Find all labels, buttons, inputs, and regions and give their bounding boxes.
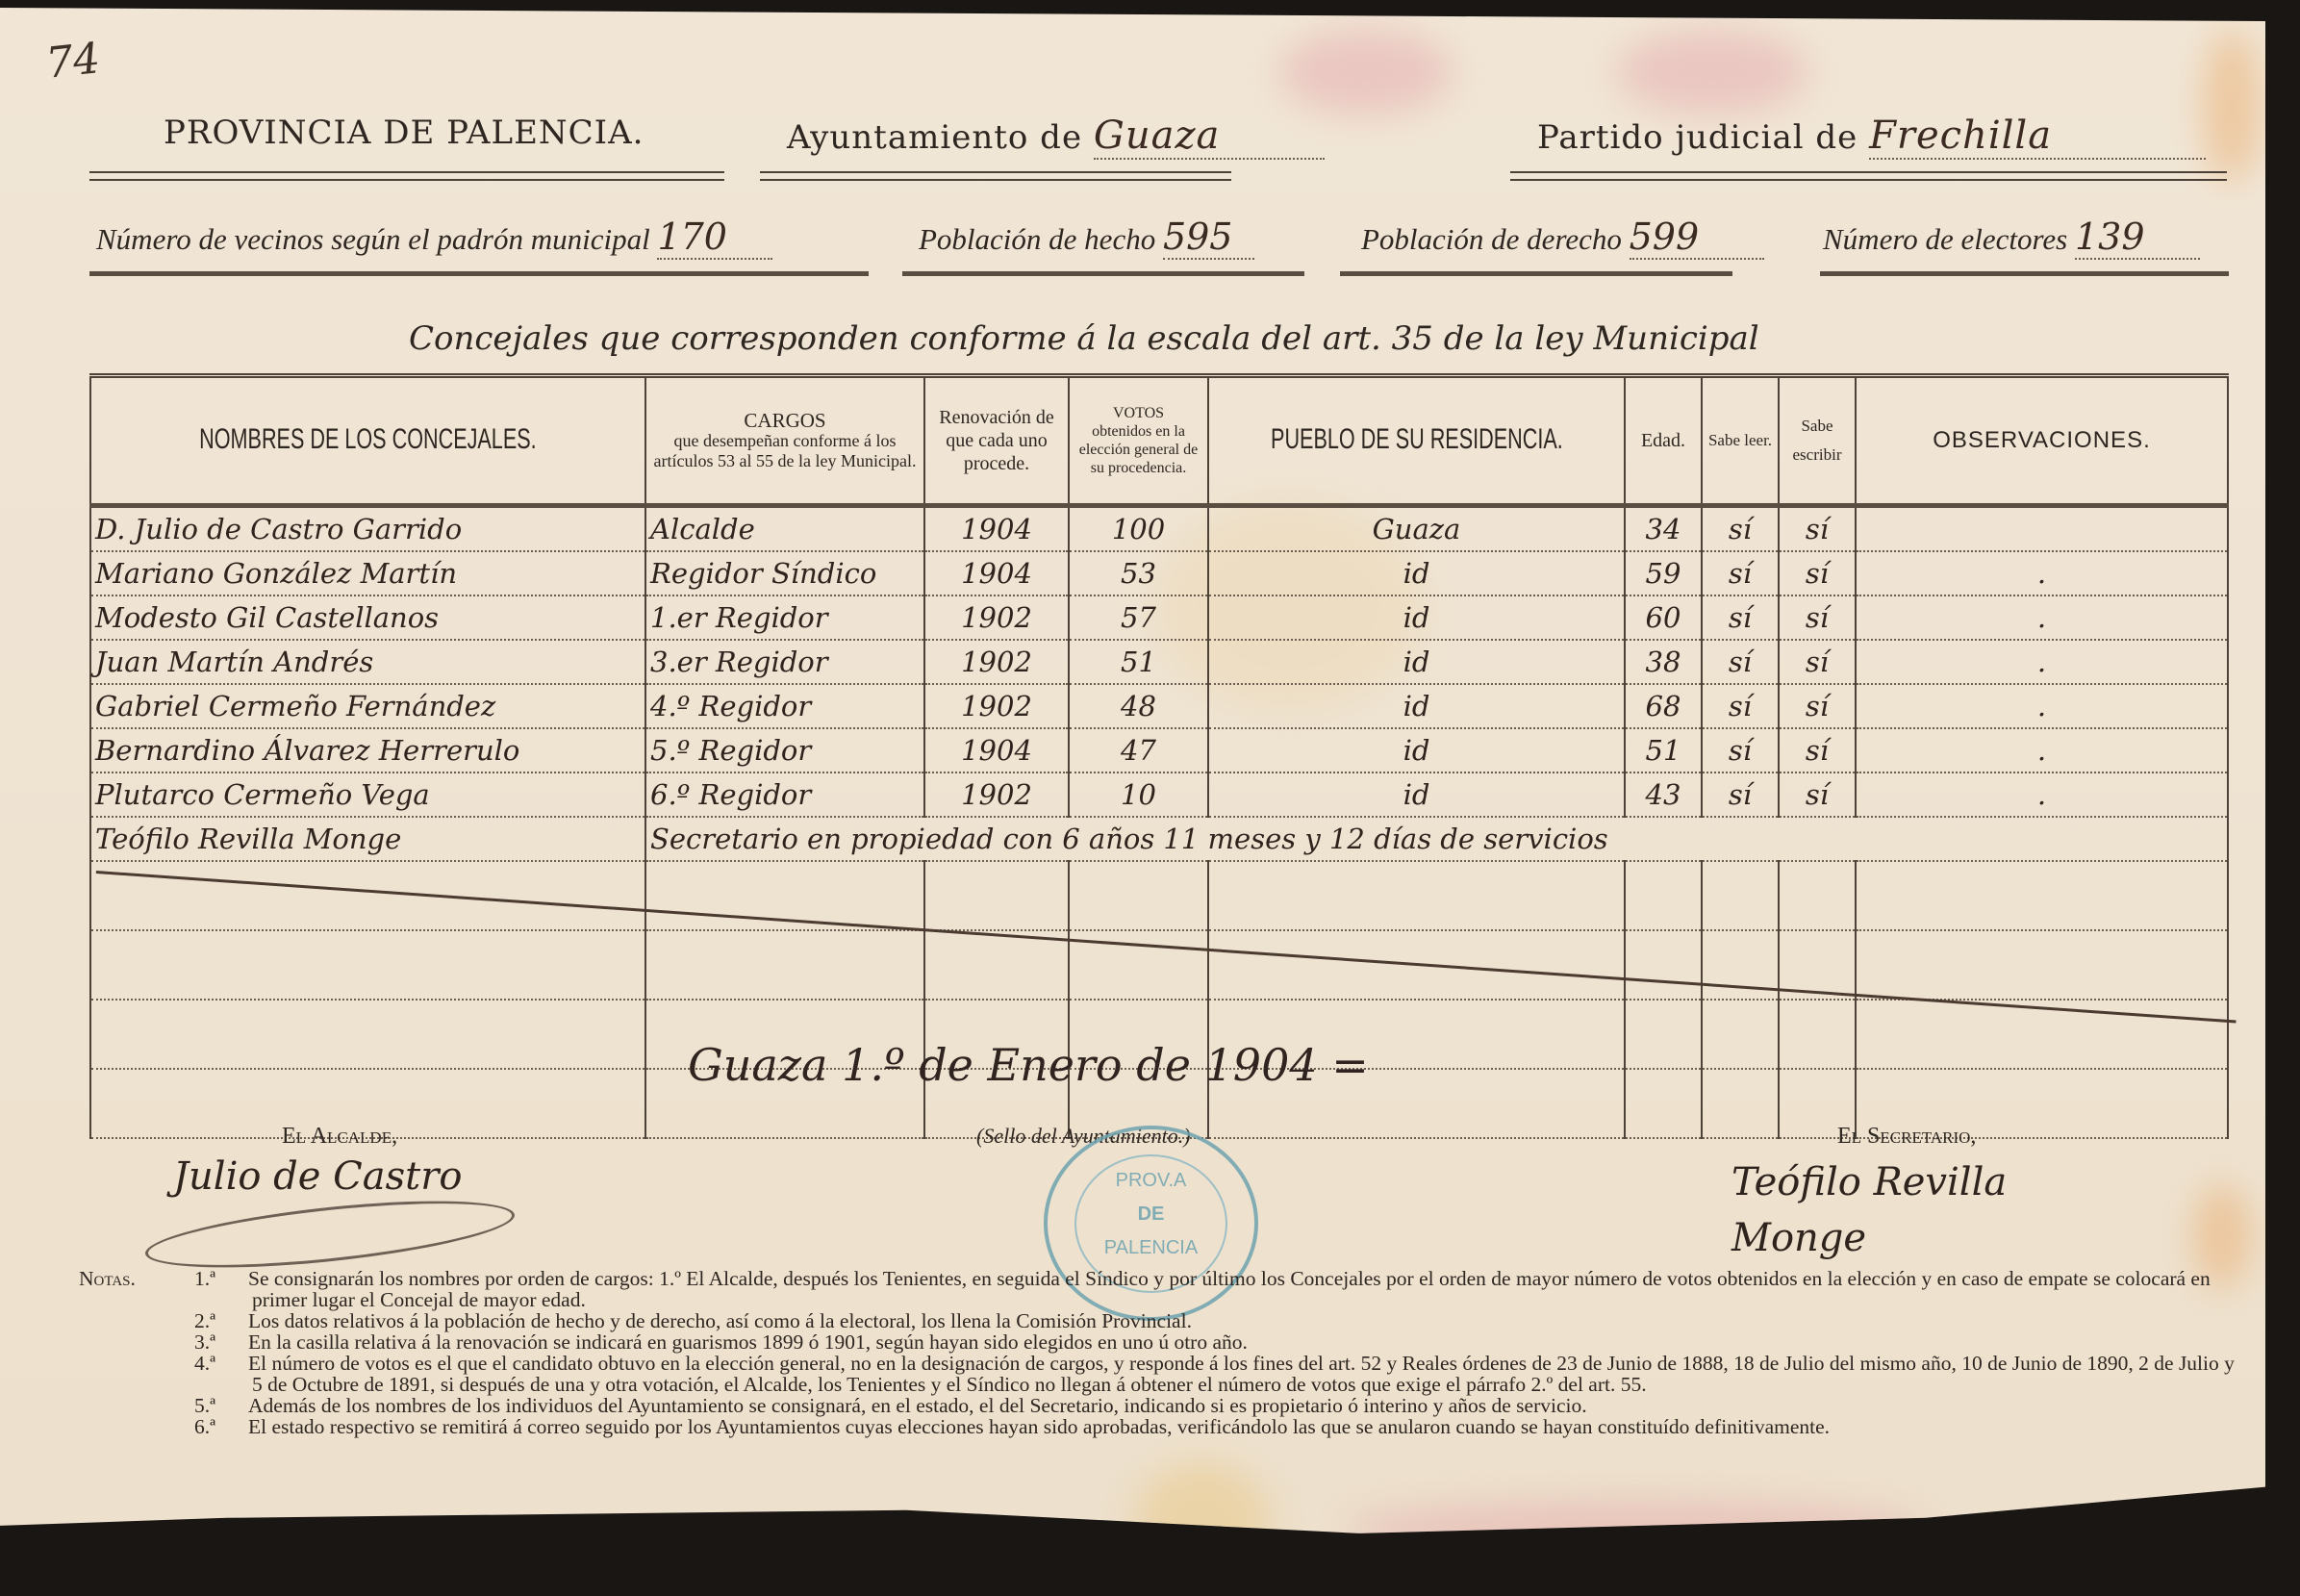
- cell-cargo: Alcalde: [645, 506, 924, 552]
- table-row: Juan Martín Andrés3.er Regidor190251id38…: [90, 640, 2228, 684]
- cell-escribir: sí: [1779, 728, 1856, 773]
- poblacion-derecho-value: 599: [1630, 215, 1764, 260]
- poblacion-hecho-value: 595: [1163, 215, 1254, 260]
- folio-number: 74: [43, 34, 102, 89]
- secretary-name: Teófilo Revilla Monge: [90, 817, 645, 861]
- cell-renovacion: 1902: [924, 773, 1069, 817]
- cell-edad: 51: [1625, 728, 1702, 773]
- note-item: 4.ªEl número de votos es el que el candi…: [79, 1353, 2243, 1395]
- subtitle: Concejales que corresponden conforme á l…: [409, 319, 1759, 358]
- cell-nombre: Mariano González Martín: [90, 551, 645, 595]
- cell-leer: sí: [1702, 595, 1779, 640]
- cell-cargo: 3.er Regidor: [645, 640, 924, 684]
- poblacion-derecho-field: Población de derecho 599: [1361, 215, 1764, 260]
- cell-obs: .: [1856, 640, 2228, 684]
- table-row: Modesto Gil Castellanos1.er Regidor19025…: [90, 595, 2228, 640]
- cell-cargo: 1.er Regidor: [645, 595, 924, 640]
- cell-edad: 34: [1625, 506, 1702, 552]
- note-text: Además de los nombres de los individuos …: [248, 1394, 1587, 1417]
- document-page: 74 PROVINCIA DE PALENCIA. Ayuntamiento d…: [0, 0, 2265, 1549]
- ayuntamiento-value: Guaza: [1094, 114, 1325, 160]
- col-escribir: Sabe escribir: [1779, 376, 1856, 506]
- cell-cargo: 5.º Regidor: [645, 728, 924, 773]
- col-pueblo: PUEBLO DE SU RESIDENCIA.: [1208, 376, 1625, 506]
- note-number: 4.ª: [194, 1353, 248, 1374]
- cell-obs: .: [1856, 684, 2228, 728]
- note-number: 2.ª: [194, 1310, 248, 1331]
- cell-votos: 51: [1069, 640, 1208, 684]
- vecinos-value: 170: [657, 215, 772, 260]
- cell-pueblo: id: [1208, 551, 1625, 595]
- note-number: 6.ª: [194, 1416, 248, 1437]
- cell-obs: .: [1856, 595, 2228, 640]
- cell-edad: 68: [1625, 684, 1702, 728]
- divider: [760, 171, 1231, 181]
- cell-pueblo: id: [1208, 595, 1625, 640]
- cell-nombre: D. Julio de Castro Garrido: [90, 506, 645, 552]
- note-number: 3.ª: [194, 1331, 248, 1353]
- stain-pink: [1279, 29, 1453, 115]
- note-text: El número de votos es el que el candidat…: [248, 1352, 2235, 1396]
- cell-votos: 57: [1069, 595, 1208, 640]
- cell-votos: 48: [1069, 684, 1208, 728]
- cell-escribir: sí: [1779, 640, 1856, 684]
- cell-obs: .: [1856, 551, 2228, 595]
- cell-escribir: sí: [1779, 773, 1856, 817]
- divider: [89, 271, 869, 276]
- table-header-row: NOMBRES DE LOS CONCEJALES. CARGOS que de…: [90, 376, 2228, 506]
- partido-field: Partido judicial de Frechilla: [1537, 114, 2206, 160]
- divider: [89, 171, 724, 181]
- vecinos-field: Número de vecinos según el padrón munici…: [96, 215, 772, 260]
- provincia-title: PROVINCIA DE PALENCIA.: [164, 114, 644, 152]
- cell-renovacion: 1904: [924, 506, 1069, 552]
- note-item: 2.ªLos datos relativos á la población de…: [79, 1310, 2243, 1331]
- cell-edad: 43: [1625, 773, 1702, 817]
- cell-renovacion: 1902: [924, 684, 1069, 728]
- cell-renovacion: 1904: [924, 551, 1069, 595]
- note-text: Los datos relativos á la población de he…: [248, 1309, 1192, 1332]
- divider: [1510, 171, 2227, 181]
- date-line: Guaza 1.º de Enero de 1904 =: [688, 1039, 1369, 1091]
- cell-nombre: Modesto Gil Castellanos: [90, 595, 645, 640]
- col-edad: Edad.: [1625, 376, 1702, 506]
- cell-pueblo: id: [1208, 773, 1625, 817]
- table-row: Mariano González MartínRegidor Síndico19…: [90, 551, 2228, 595]
- divider: [1340, 271, 1732, 276]
- stain-yellow: [1135, 1462, 1270, 1578]
- table-row: Gabriel Cermeño Fernández4.º Regidor1902…: [90, 684, 2228, 728]
- stain-pink: [1616, 29, 1808, 115]
- cell-cargo: 6.º Regidor: [645, 773, 924, 817]
- cell-votos: 100: [1069, 506, 1208, 552]
- ayuntamiento-field: Ayuntamiento de Guaza: [787, 114, 1325, 160]
- stain-pink: [1347, 1501, 1924, 1558]
- cell-edad: 38: [1625, 640, 1702, 684]
- note-item: 5.ªAdemás de los nombres de los individu…: [79, 1395, 2243, 1416]
- cell-leer: sí: [1702, 684, 1779, 728]
- cell-leer: sí: [1702, 506, 1779, 552]
- secretario-label: El Secretario,: [1837, 1124, 1976, 1150]
- cell-leer: sí: [1702, 773, 1779, 817]
- secretario-signature: Teófilo Revilla Monge: [1731, 1154, 2136, 1266]
- cell-renovacion: 1904: [924, 728, 1069, 773]
- stain-orange: [2203, 29, 2261, 183]
- cell-votos: 47: [1069, 728, 1208, 773]
- note-number: 1.ª: [194, 1268, 248, 1289]
- cell-obs: [1856, 506, 2228, 552]
- cell-leer: sí: [1702, 728, 1779, 773]
- cell-obs: .: [1856, 773, 2228, 817]
- electores-field: Número de electores 139: [1823, 215, 2200, 260]
- cell-edad: 60: [1625, 595, 1702, 640]
- note-text: Se consignarán los nombres por orden de …: [248, 1267, 2211, 1311]
- divider: [1820, 271, 2229, 276]
- divider: [902, 271, 1304, 276]
- cell-nombre: Plutarco Cermeño Vega: [90, 773, 645, 817]
- cell-cargo: 4.º Regidor: [645, 684, 924, 728]
- cell-nombre: Gabriel Cermeño Fernández: [90, 684, 645, 728]
- secretary-note: Secretario en propiedad con 6 años 11 me…: [645, 817, 2228, 861]
- cell-pueblo: Guaza: [1208, 506, 1625, 552]
- alcalde-signature: Julio de Castro: [173, 1154, 462, 1199]
- cell-edad: 59: [1625, 551, 1702, 595]
- cell-leer: sí: [1702, 640, 1779, 684]
- note-text: En la casilla relativa á la renovación s…: [248, 1330, 1248, 1354]
- cell-votos: 53: [1069, 551, 1208, 595]
- electores-value: 139: [2075, 215, 2200, 260]
- col-cargos: CARGOS que desempeñan conforme á los art…: [645, 376, 924, 506]
- table-row: D. Julio de Castro GarridoAlcalde1904100…: [90, 506, 2228, 552]
- poblacion-hecho-field: Población de hecho 595: [919, 215, 1254, 260]
- cell-escribir: sí: [1779, 551, 1856, 595]
- cell-renovacion: 1902: [924, 640, 1069, 684]
- note-number: 5.ª: [194, 1395, 248, 1416]
- cell-cargo: Regidor Síndico: [645, 551, 924, 595]
- notes-section: Notas. 1.ªSe consignarán los nombres por…: [79, 1268, 2243, 1437]
- note-item: 6.ªEl estado respectivo se remitirá á co…: [79, 1416, 2243, 1437]
- cell-renovacion: 1902: [924, 595, 1069, 640]
- table-row: Plutarco Cermeño Vega6.º Regidor190210id…: [90, 773, 2228, 817]
- alcalde-label: El Alcalde,: [282, 1124, 397, 1150]
- cell-votos: 10: [1069, 773, 1208, 817]
- col-renovacion: Renovación de que cada uno procede.: [924, 376, 1069, 506]
- cell-pueblo: id: [1208, 684, 1625, 728]
- cell-leer: sí: [1702, 551, 1779, 595]
- cell-escribir: sí: [1779, 506, 1856, 552]
- empty-row: [90, 930, 2228, 1000]
- col-votos: VOTOS obtenidos en la elección general d…: [1069, 376, 1208, 506]
- secretary-row: Teófilo Revilla MongeSecretario en propi…: [90, 817, 2228, 861]
- note-item: 3.ªEn la casilla relativa á la renovació…: [79, 1331, 2243, 1353]
- col-leer: Sabe leer.: [1702, 376, 1779, 506]
- empty-row: [90, 861, 2228, 930]
- cell-nombre: Juan Martín Andrés: [90, 640, 645, 684]
- cell-pueblo: id: [1208, 640, 1625, 684]
- cell-nombre: Bernardino Álvarez Herrerulo: [90, 728, 645, 773]
- note-item: 1.ªSe consignarán los nombres por orden …: [79, 1268, 2243, 1310]
- col-nombres: NOMBRES DE LOS CONCEJALES.: [90, 376, 645, 506]
- partido-value: Frechilla: [1869, 114, 2206, 160]
- cell-obs: .: [1856, 728, 2228, 773]
- col-observaciones: OBSERVACIONES.: [1856, 376, 2228, 506]
- table-row: Bernardino Álvarez Herrerulo5.º Regidor1…: [90, 728, 2228, 773]
- cell-escribir: sí: [1779, 595, 1856, 640]
- concejales-table: NOMBRES DE LOS CONCEJALES. CARGOS que de…: [89, 373, 2229, 1139]
- cell-pueblo: id: [1208, 728, 1625, 773]
- cell-escribir: sí: [1779, 684, 1856, 728]
- note-text: El estado respectivo se remitirá á corre…: [248, 1415, 1830, 1438]
